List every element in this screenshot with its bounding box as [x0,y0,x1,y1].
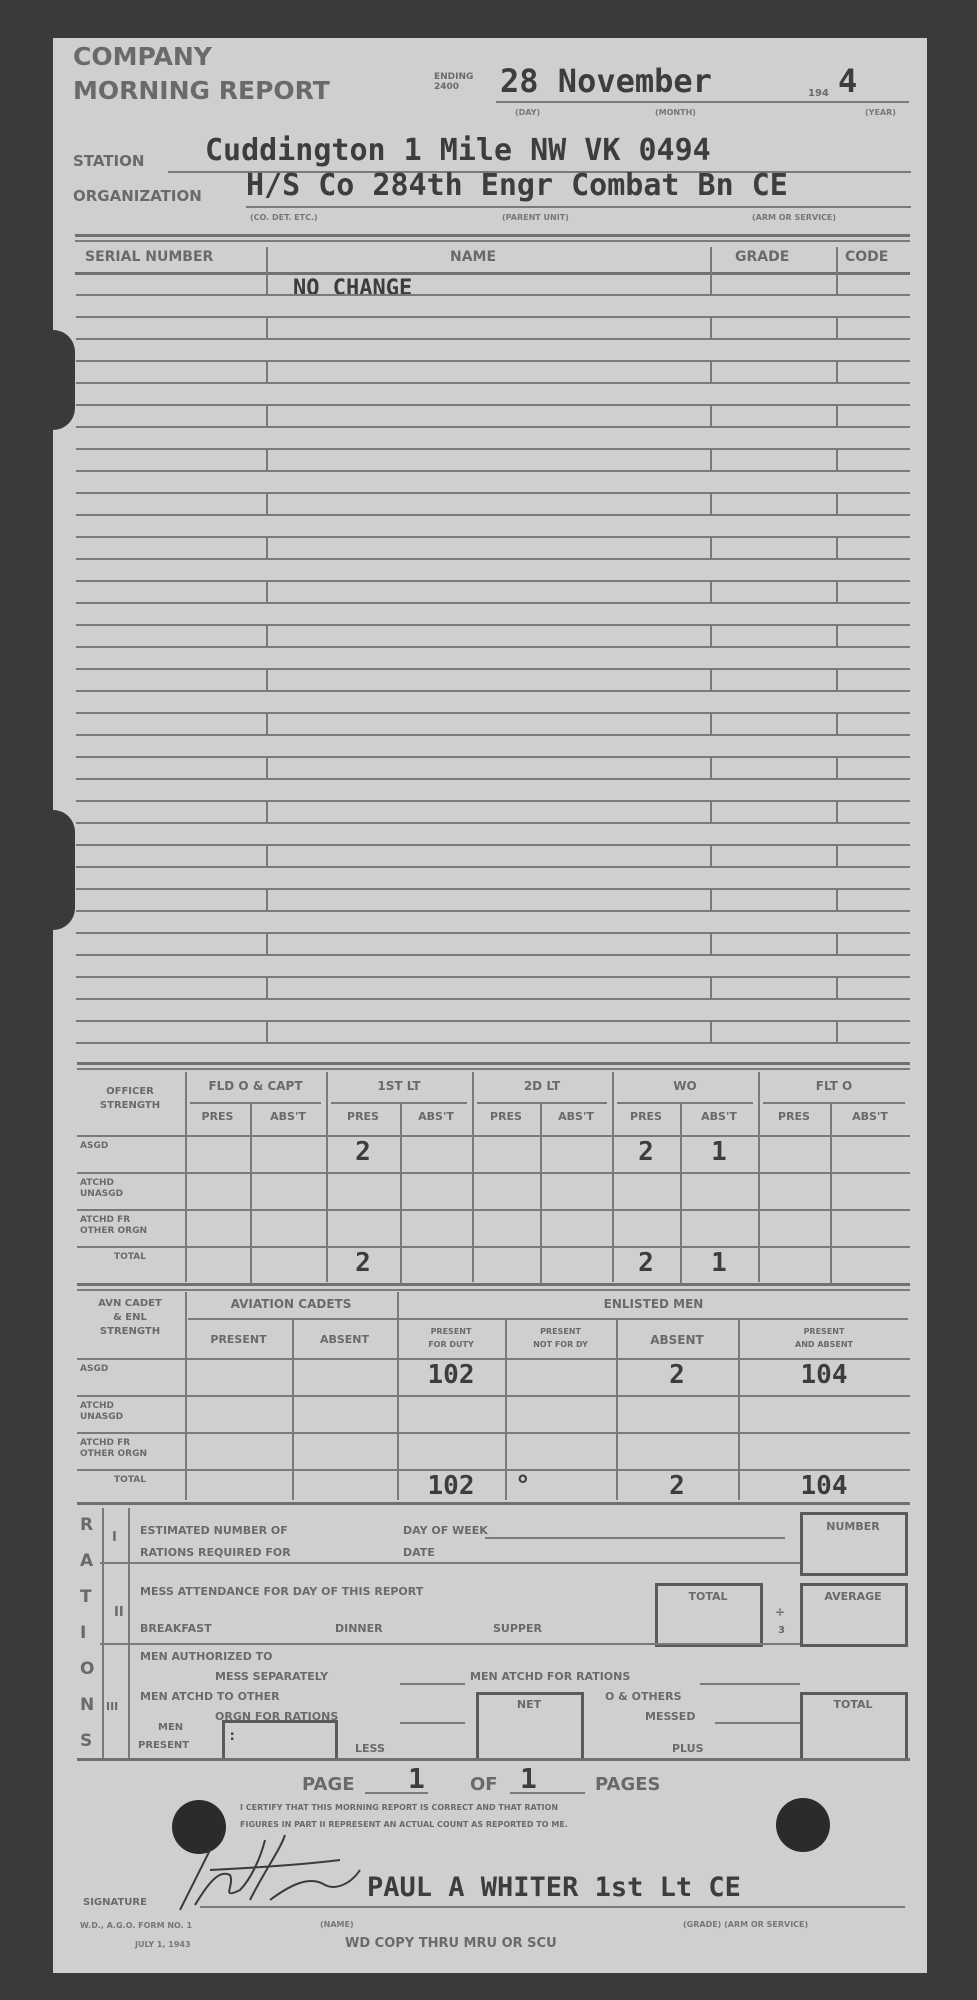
grade-sublabel: (GRADE) (ARM OR SERVICE) [683,1920,808,1929]
month-label: (MONTH) [655,108,696,117]
table-row-line [76,998,910,1000]
row-label: ATCHDUNASGD [80,1401,180,1423]
table-row-line [77,1135,910,1137]
table-row-line [76,932,910,934]
table-row-line [76,602,910,604]
officer-count-cell: 2 [612,1137,680,1167]
paper-tear-notch [53,810,75,930]
rations-side-letter: I [80,1623,86,1643]
table-row-line [76,668,910,670]
column-divider [710,360,712,382]
officer-group-header: FLT O [758,1079,910,1093]
org-sublabel-parent: (PARENT UNIT) [502,213,569,222]
section-rule [100,1562,800,1564]
section-rule [75,240,910,242]
enlisted-count-cell: ° [515,1471,606,1501]
abst-header: ABS'T [400,1110,472,1123]
table-row-line [76,844,910,846]
table-row-line [76,294,910,296]
table-row-line [76,558,910,560]
number-label: NUMBER [803,1520,903,1533]
average-label: AVERAGE [803,1590,903,1603]
rations-divider [128,1508,130,1760]
absent-header: ABSENT [616,1333,738,1347]
page-label: PAGE [302,1774,355,1795]
pres-header: PRES [612,1110,680,1123]
enlisted-men-header: ENLISTED MEN [397,1297,910,1311]
section-rule [100,1643,800,1645]
year-label: (YEAR) [865,108,896,117]
column-divider [836,404,838,426]
group-underline [763,1102,905,1104]
column-divider [266,492,268,514]
present-and-absent-header: PRESENTAND ABSENT [738,1325,910,1351]
group-underline [617,1102,753,1104]
men-present-label-1: MEN [158,1722,183,1733]
column-divider [836,888,838,910]
no-change-entry: NO CHANGE [293,276,412,301]
column-divider [836,844,838,866]
table-bottom-rule [77,1283,910,1286]
column-divider [710,932,712,954]
column-divider [266,580,268,602]
table-row-line [77,1395,910,1397]
column-divider [400,1103,402,1283]
enlisted-count-cell: 2 [626,1471,728,1501]
column-divider [266,756,268,778]
officer-strength-label: OFFICERSTRENGTH [80,1085,180,1113]
page-underline [365,1792,428,1794]
group-underline [331,1102,467,1104]
signature-label: SIGNATURE [83,1897,147,1908]
less-label: LESS [355,1742,385,1755]
section-rule [77,1289,910,1291]
organization-underline [246,206,911,208]
column-divider [616,1320,618,1500]
column-divider [266,247,268,272]
officer-count-cell: 2 [612,1248,680,1278]
row-label: ATCHDUNASGD [80,1178,180,1200]
table-row-line [76,360,910,362]
table-row-line [76,954,910,956]
column-divider [710,247,712,272]
table-row-line [76,690,910,692]
column-divider [266,712,268,734]
page-number: 1 [408,1762,425,1795]
table-row-line [77,1246,910,1248]
table-row-line [76,822,910,824]
day-of-week-field [485,1537,785,1539]
ending-label: ENDING2400 [434,72,473,92]
column-divider [836,756,838,778]
men-present-value: : [228,1728,236,1744]
men-atchd-rations-label: MEN ATCHD FOR RATIONS [470,1670,630,1683]
aviation-cadets-header: AVIATION CADETS [185,1297,397,1311]
table-row-line [76,316,910,318]
enlisted-count-cell: 104 [748,1471,900,1501]
dinner-label: DINNER [335,1622,383,1635]
pages-label: PAGES [595,1774,661,1795]
column-divider [266,272,268,294]
page-total: 1 [520,1762,537,1795]
column-divider [710,492,712,514]
abst-header: ABS'T [540,1110,612,1123]
column-divider [710,668,712,690]
station-value: Cuddington 1 Mile NW VK 0494 [205,133,711,168]
name-sublabel: (NAME) [320,1920,354,1929]
o-others-label: O & OTHERS [605,1690,682,1703]
section-i-numeral: I [112,1530,117,1545]
officer-group-header: FLD O & CAPT [185,1079,326,1093]
officer-group-header: 2D LT [472,1079,612,1093]
estimated-number-label: ESTIMATED NUMBER OF [140,1524,288,1537]
certify-line-1: I CERTIFY THAT THIS MORNING REPORT IS CO… [240,1803,558,1812]
report-year-digit: 4 [838,62,857,100]
form-number: W.D., A.G.O. FORM NO. 1 [80,1921,192,1930]
men-atchd-other-label: MEN ATCHD TO OTHER [140,1690,280,1703]
rations-divider [102,1508,104,1760]
group-underline [188,1318,908,1320]
column-divider [710,404,712,426]
column-divider [710,580,712,602]
enlisted-count-cell: 2 [626,1360,728,1390]
section-ii-numeral: II [114,1605,124,1620]
day-of-week-label: DAY OF WEEK [403,1524,488,1537]
column-divider [266,448,268,470]
column-divider [266,800,268,822]
group-underline [477,1102,607,1104]
divisor: 3 [778,1625,785,1636]
row-label: ASGD [80,1141,180,1152]
mess-separately-field [400,1683,465,1685]
row-label: ATCHD FROTHER ORGN [80,1438,180,1460]
column-divider [836,932,838,954]
table-row-line [76,976,910,978]
abst-header: ABS'T [250,1110,326,1123]
section-rule [77,1068,910,1070]
column-divider [266,1020,268,1042]
signature-underline [200,1906,905,1908]
section-rule [75,234,910,237]
column-divider [266,536,268,558]
men-present-label-2: PRESENT [138,1740,189,1751]
column-divider [836,580,838,602]
column-divider [266,932,268,954]
column-divider [836,316,838,338]
column-divider [266,976,268,998]
date-underline [496,101,909,103]
table-row-line [76,382,910,384]
organization-value: H/S Co 284th Engr Combat Bn CE [246,168,788,203]
table-row-line [76,536,910,538]
column-divider [830,1103,832,1283]
men-atchd-rations-field [700,1683,800,1685]
table-row-line [76,734,910,736]
column-divider [266,404,268,426]
orgn-for-rations-field [400,1722,465,1724]
form-title-morning-report: MORNING REPORT [73,76,330,105]
table-row-line [76,470,910,472]
column-divider [710,448,712,470]
men-present-box [222,1720,338,1761]
rations-side-letter: S [80,1731,92,1751]
column-divider [710,800,712,822]
officer-count-cell: 2 [326,1248,400,1278]
officer-count-cell: 1 [680,1137,758,1167]
form-title-company: COMPANY [73,42,212,71]
present-for-duty-header: PRESENTFOR DUTY [397,1325,505,1351]
column-divider [836,1020,838,1042]
table-row-line [76,338,910,340]
cadet-absent-header: ABSENT [292,1333,397,1346]
pres-header: PRES [472,1110,540,1123]
officer-group-header: 1ST LT [326,1079,472,1093]
column-divider [710,272,712,294]
certify-line-2: FIGURES IN PART II REPRESENT AN ACTUAL C… [240,1820,568,1829]
column-divider [710,712,712,734]
rations-required-label: RATIONS REQUIRED FOR [140,1546,291,1559]
table-row-line [77,1209,910,1211]
enlisted-strength-label: AVN CADET& ENLSTRENGTH [80,1297,180,1339]
report-date: 28 November [500,62,712,100]
row-label: ASGD [80,1364,180,1375]
column-divider [710,536,712,558]
row-label: TOTAL [80,1252,180,1263]
column-divider [292,1320,294,1500]
present-not-for-duty-header: PRESENTNOT FOR DY [505,1325,616,1351]
page-total-underline [510,1792,585,1794]
group-underline [190,1102,321,1104]
rations-side-letter: R [80,1515,93,1535]
column-divider [710,756,712,778]
col-header-grade: GRADE [735,249,789,265]
column-divider [836,448,838,470]
col-header-serial: SERIAL NUMBER [85,249,213,265]
pres-header: PRES [326,1110,400,1123]
column-divider [738,1320,740,1500]
rations-side-letter: N [80,1695,94,1715]
row-label: ATCHD FROTHER ORGN [80,1215,180,1237]
org-sublabel-arm: (ARM OR SERVICE) [752,213,836,222]
of-label: OF [470,1774,498,1795]
table-row-line [76,712,910,714]
column-divider [710,888,712,910]
column-divider [836,624,838,646]
signer-name: PAUL A WHITER 1st Lt CE [367,1872,741,1903]
column-divider [710,1020,712,1042]
punch-hole-right [776,1798,830,1852]
column-divider [836,272,838,294]
enlisted-count-cell: 102 [407,1471,495,1501]
column-divider [836,668,838,690]
column-divider [266,624,268,646]
table-row-line [76,404,910,406]
table-row-line [76,624,910,626]
table-row-line [76,514,910,516]
column-divider [758,1072,760,1282]
column-divider [266,668,268,690]
form-date: JULY 1, 1943 [135,1940,191,1949]
column-divider [836,492,838,514]
section-iii-numeral: III [106,1700,118,1713]
table-row-line [76,778,910,780]
table-row-line [76,888,910,890]
section-rule [77,1062,910,1065]
table-bottom-rule [77,1502,910,1505]
column-divider [185,1072,187,1282]
total-rations-label: TOTAL [803,1698,903,1711]
paper-tear-notch [53,330,75,430]
column-divider [266,360,268,382]
table-row-line [76,866,910,868]
divide-sign: ÷ [775,1605,785,1619]
table-row-line [77,1432,910,1434]
column-divider [266,844,268,866]
table-row-line [76,1042,910,1044]
messed-field [715,1722,800,1724]
table-row-line [76,1020,910,1022]
column-divider [836,712,838,734]
supper-label: SUPPER [493,1622,542,1635]
officer-count-cell: 1 [680,1248,758,1278]
column-divider [710,976,712,998]
col-header-code: CODE [845,249,888,265]
total-label: TOTAL [658,1590,758,1603]
rations-side-letter: A [80,1551,93,1571]
wd-copy-note: WD COPY THRU MRU OR SCU [345,1936,557,1951]
column-divider [836,800,838,822]
mess-separately-label: MESS SEPARATELY [215,1670,328,1683]
table-row-line [76,426,910,428]
column-divider [710,624,712,646]
pres-header: PRES [758,1110,830,1123]
table-row-line [76,910,910,912]
column-divider [836,536,838,558]
pres-header: PRES [185,1110,250,1123]
day-label: (DAY) [515,108,540,117]
column-divider [836,360,838,382]
org-sublabel-co: (CO. DET. ETC.) [250,213,318,222]
table-row-line [76,580,910,582]
column-divider [250,1103,252,1283]
column-divider [710,316,712,338]
cadet-present-header: PRESENT [185,1333,292,1346]
rations-bottom-rule [77,1758,910,1761]
date-label: DATE [403,1546,435,1559]
column-divider [710,844,712,866]
row-label: TOTAL [80,1475,180,1486]
column-divider [836,247,838,272]
mess-attendance-label: MESS ATTENDANCE FOR DAY OF THIS REPORT [140,1585,423,1598]
column-divider [836,976,838,998]
enlisted-count-cell: 104 [748,1360,900,1390]
table-row-line [76,800,910,802]
breakfast-label: BREAKFAST [140,1622,212,1635]
rations-side-letter: O [80,1659,94,1679]
table-row-line [76,646,910,648]
net-label: NET [479,1698,579,1711]
messed-label: MESSED [645,1710,695,1723]
abst-header: ABS'T [830,1110,910,1123]
column-divider [266,316,268,338]
table-row-line [76,756,910,758]
column-divider [266,888,268,910]
year-prefix: 194 [808,88,829,99]
officer-group-header: WO [612,1079,758,1093]
column-divider [472,1072,474,1282]
table-row-line [77,1172,910,1174]
officer-count-cell: 2 [326,1137,400,1167]
men-authorized-label: MEN AUTHORIZED TO [140,1650,273,1663]
rations-side-letter: T [80,1587,92,1607]
organization-label: ORGANIZATION [73,187,202,205]
station-label: STATION [73,152,144,170]
col-header-name: NAME [450,249,496,265]
enlisted-count-cell: 102 [407,1360,495,1390]
table-row-line [76,448,910,450]
plus-label: PLUS [672,1742,704,1755]
abst-header: ABS'T [680,1110,758,1123]
header-rule [75,272,910,275]
column-divider [505,1320,507,1500]
table-row-line [76,492,910,494]
column-divider [540,1103,542,1283]
